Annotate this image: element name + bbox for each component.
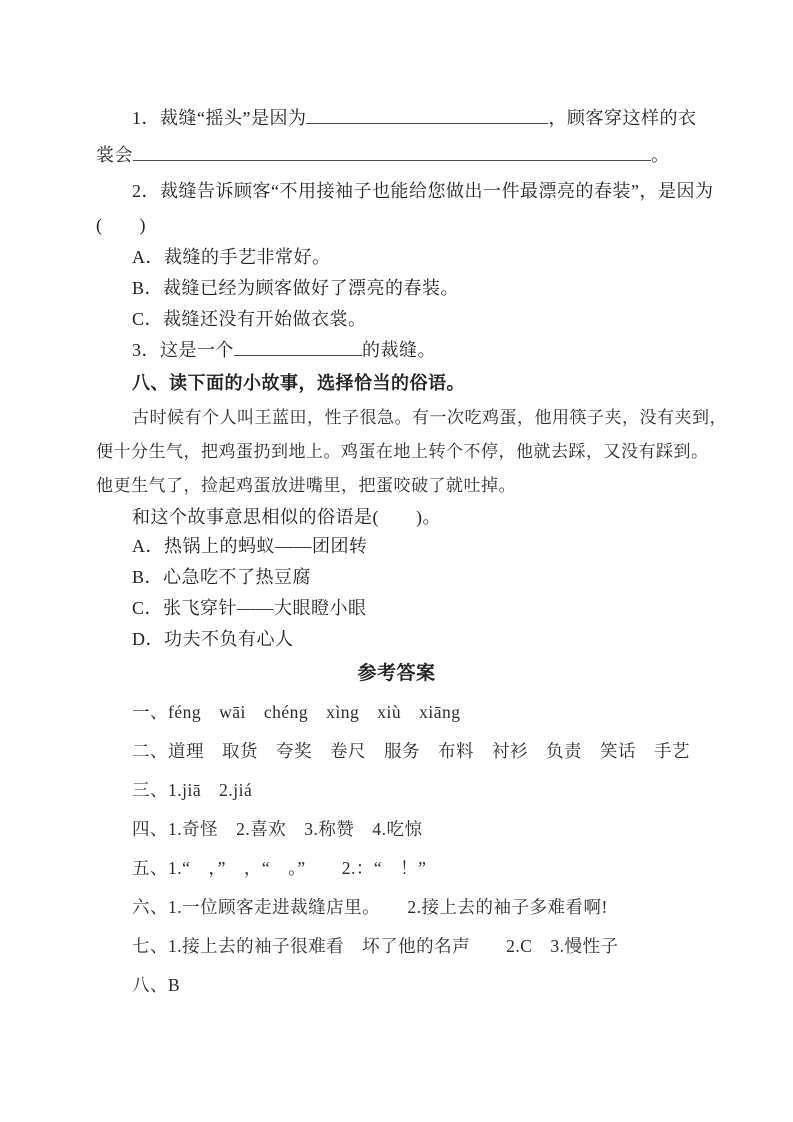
text-run: 五、1.“ ，” ，“ 。” 2.：“ ！” [132,858,426,878]
answer-line-5: 五、1.“ ，” ，“ 。” 2.：“ ！” [96,849,697,888]
text-run: 裳会 [96,145,133,165]
q2-line2: ( ) [96,208,697,242]
text-run: 1．裁缝“摇头”是因为 [132,108,306,128]
story-line1: 古时候有个人叫王蓝田，性子很急。有一次吃鸡蛋，他用筷子夹，没有夹到， [96,401,697,435]
q2-option-a: A．裁缝的手艺非常好。 [96,242,697,273]
q8-option-c: C．张飞穿针——大眼瞪小眼 [96,593,697,624]
fill-in-blank-rule [234,337,362,356]
text-run: D．功夫不负有心人 [132,629,294,649]
text-run: B．心急吃不了热豆腐 [132,567,311,587]
text-run: A．热锅上的蚂蚁——团团转 [132,536,368,556]
answer-line-1: 一、féng wāi chéng xìng xiù xiāng [96,693,697,732]
q8-stem: 和这个故事意思相似的俗语是( )。 [96,503,697,531]
answer-line-4: 四、1.奇怪 2.喜欢 3.称赞 4.吃惊 [96,810,697,849]
text-run: A．裁缝的手艺非常好。 [132,247,331,267]
text-run: 2．裁缝告诉顾客“不用接袖子也能给您做出一件最漂亮的春装”，是因为 [132,181,713,201]
text-run: 参考答案 [357,663,435,684]
text-run: 他更生气了，捡起鸡蛋放进嘴里，把蛋咬破了就吐掉。 [96,476,516,495]
answer-line-2: 二、道理 取货 夸奖 卷尺 服务 布料 衬衫 负责 笑话 手艺 [96,732,697,771]
story-line3: 他更生气了，捡起鸡蛋放进嘴里，把蛋咬破了就吐掉。 [96,469,697,503]
answer-line-7: 七、1.接上去的袖子很难看 坏了他的名声 2.C 3.慢性子 [96,927,697,966]
text-run: 四、1.奇怪 2.喜欢 3.称赞 4.吃惊 [132,819,423,839]
answer-line-8: 八、B [96,966,697,1005]
text-run: 六、1.一位顾客走进裁缝店里。 2.接上去的袖子多难看啊! [132,897,608,917]
text-run: 便十分生气，把鸡蛋扔到地上。鸡蛋在地上转个不停，他就去踩，又没有踩到。 [96,442,709,461]
q2-option-b: B．裁缝已经为顾客做好了漂亮的春装。 [96,273,697,304]
text-run: 的裁缝。 [362,340,436,360]
answer-line-3: 三、1.jiā 2.jiá [96,771,697,810]
text-run: 古时候有个人叫王蓝田，性子很急。有一次吃鸡蛋，他用筷子夹，没有夹到， [132,408,727,427]
text-run: 八、B [132,975,180,995]
text-run: B．裁缝已经为顾客做好了漂亮的春装。 [132,278,459,298]
q8-option-a: A．热锅上的蚂蚁——团团转 [96,531,697,562]
q2-option-c: C．裁缝还没有开始做衣裳。 [96,304,697,335]
text-run: ，顾客穿这样的衣 [548,108,696,128]
text-run: C．张飞穿针——大眼瞪小眼 [132,598,367,618]
answers-heading: 参考答案 [96,655,697,693]
section-eight-heading: 八、读下面的小故事，选择恰当的俗语。 [96,366,697,401]
text-run: 三、1.jiā 2.jiá [132,780,252,800]
fill-in-blank-rule [306,105,548,124]
q8-option-b: B．心急吃不了热豆腐 [96,562,697,593]
text-run: ( ) [96,215,146,235]
q2-line1: 2．裁缝告诉顾客“不用接袖子也能给您做出一件最漂亮的春装”，是因为 [96,174,697,208]
text-run: 一、féng wāi chéng xìng xiù xiāng [132,702,461,722]
text-run: C．裁缝还没有开始做衣裳。 [132,309,367,329]
text-run: 八、读下面的小故事，选择恰当的俗语。 [132,373,465,393]
text-run: 。 [651,145,670,165]
q3-line: 3．这是一个的裁缝。 [96,335,697,366]
document-page: 1．裁缝“摇头”是因为，顾客穿这样的衣裳会。2．裁缝告诉顾客“不用接袖子也能给您… [0,0,793,1122]
text-run: 七、1.接上去的袖子很难看 坏了他的名声 2.C 3.慢性子 [132,936,619,956]
q1-line2: 裳会。 [96,137,697,174]
story-line2: 便十分生气，把鸡蛋扔到地上。鸡蛋在地上转个不停，他就去踩，又没有踩到。 [96,435,697,469]
answer-line-6: 六、1.一位顾客走进裁缝店里。 2.接上去的袖子多难看啊! [96,888,697,927]
q8-option-d: D．功夫不负有心人 [96,624,697,655]
text-run: 和这个故事意思相似的俗语是( )。 [132,507,441,527]
text-run: 二、道理 取货 夸奖 卷尺 服务 布料 衬衫 负责 笑话 手艺 [132,741,690,761]
fill-in-blank-rule [133,142,651,161]
q1-line1: 1．裁缝“摇头”是因为，顾客穿这样的衣 [96,100,697,137]
text-run: 3．这是一个 [132,340,234,360]
